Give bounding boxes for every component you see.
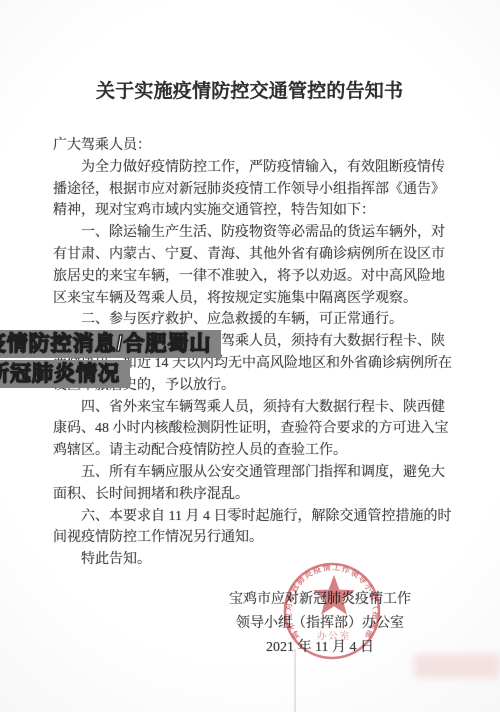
document-title: 关于实施疫情防控交通管控的告知书 (96, 76, 403, 103)
paragraph: 四、省外来宝车辆驾乘人员，须持有大数据行程卡、陕西健 康码、48 小时内核酸检测… (53, 397, 473, 462)
document-photo: 关于实施疫情防控交通管控的告知书 广大驾乘人员： 为全力做好疫情防控工作，严防疫… (0, 0, 500, 712)
caption-banner: 合肥市蜀山疫情防控消息/合肥蜀山 区新冠肺炎情况 (0, 330, 253, 390)
caption-banner-text: 合肥市蜀山疫情防控消息/合肥蜀山 区新冠肺炎情况 (0, 330, 221, 388)
star-icon (313, 575, 355, 615)
paragraph: 一、除运输生产生活、防疫物资等必需品的货运车辆外，对 有甘肃、内蒙古、宁夏、青海… (53, 222, 473, 309)
seal-bottom-text: 办公室 (317, 630, 352, 642)
official-seal-stamp: 宝鸡市应对新冠肺炎疫情工作领导小组（指挥部） 办公室 (270, 549, 394, 673)
paragraph: 五、所有车辆应服从公安交通管理部门指挥和调度，避免大 面积、长时间拥堵和秩序混乱… (53, 462, 473, 506)
paragraph: 特此告知。 (53, 549, 473, 571)
salutation: 广大驾乘人员： (53, 135, 473, 157)
pink-smudge (414, 654, 500, 678)
paragraph: 为全力做好疫情防控工作，严防疫情输入，有效阻断疫情传 播途径，根据市应对新冠肺炎… (53, 157, 473, 222)
paragraph: 六、本要求自 11 月 4 日零时起施行，解除交通管控措施的时 间视疫情防控工作… (53, 506, 473, 550)
paragraph: 二、参与医疗救护、应急救援的车辆，可正常通行。 (53, 309, 473, 331)
